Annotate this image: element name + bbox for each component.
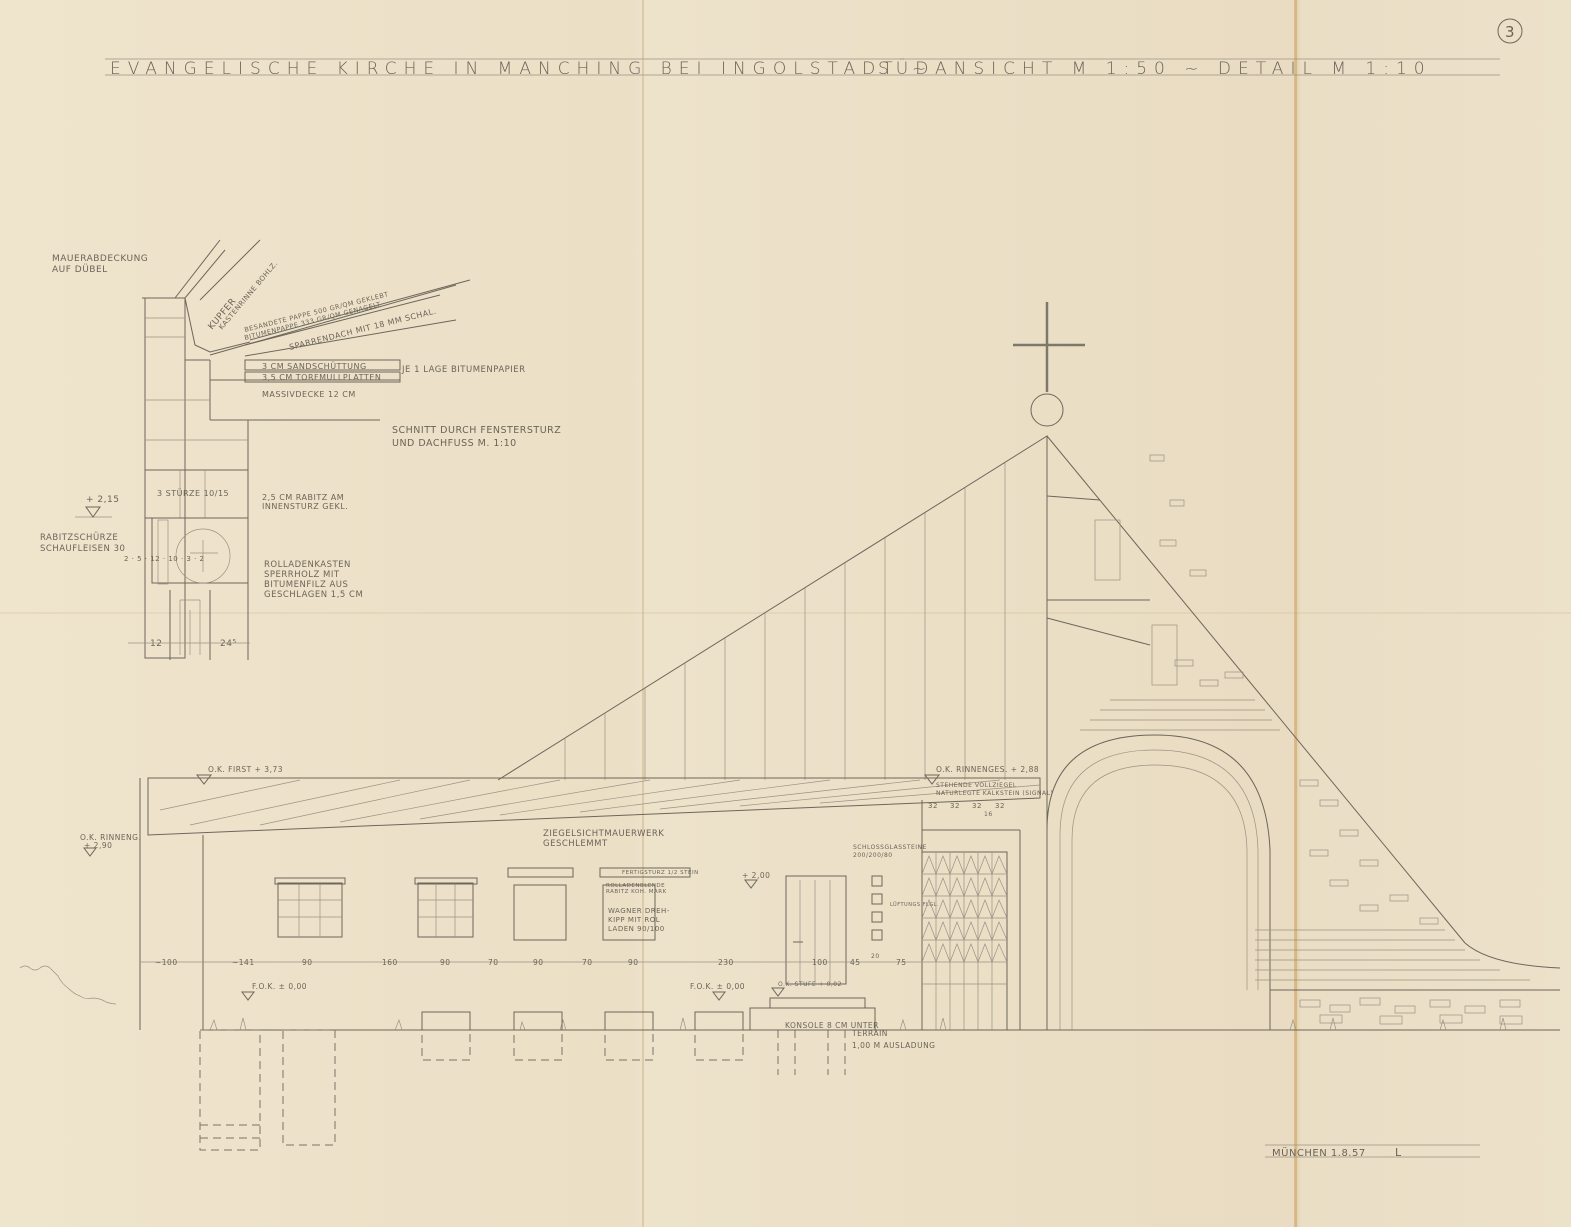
label-level: + 2,15: [86, 495, 119, 505]
label-glassblock-2: 200/200/80: [853, 852, 893, 859]
svg-text:90: 90: [440, 958, 451, 967]
label-pillar-dim: 32: [950, 802, 960, 810]
svg-text:20: 20: [871, 953, 880, 960]
svg-text:160: 160: [382, 958, 398, 967]
cross-orb: [1031, 394, 1063, 426]
label-dim-24: 24⁵: [220, 639, 237, 649]
drawing-canvas: EVANGELISCHE KIRCHE IN MANCHING BEI INGO…: [0, 0, 1571, 1227]
detail-caption-1: SCHNITT DURCH FENSTERSTURZ: [392, 425, 561, 436]
detail-caption-2: UND DACHFUSS M. 1:10: [392, 438, 517, 449]
dimension-chain: ~100 ~141 90 160 90 70 90 70 90 230 100 …: [155, 953, 907, 967]
svg-text:230: 230: [718, 958, 734, 967]
label-terrain-level: F.O.K. ± 0,00: [252, 982, 307, 991]
svg-text:100: 100: [812, 958, 828, 967]
vent-openings: [872, 876, 882, 940]
label-pillar-dim: 32: [972, 802, 982, 810]
window-3: [508, 868, 573, 940]
label-shutter-2: RABITZ KOH. MARK: [606, 889, 667, 895]
svg-text:75: 75: [896, 958, 907, 967]
label-rabitz-1: 2,5 CM RABITZ AM: [262, 493, 344, 502]
window-1: [275, 878, 345, 937]
label-pillar-dim: 32: [928, 802, 938, 810]
signature-date: MÜNCHEN 1.8.57: [1272, 1146, 1366, 1159]
label-lintel: FERTIGSTURZ 1/2 STEIN: [622, 870, 699, 876]
label-dim-12: 12: [150, 639, 162, 649]
detail-section: MAUERABDECKUNG AUF DÜBEL KUPFER KASTENRI…: [40, 240, 561, 660]
door: [786, 876, 846, 984]
label-apron-2: SCHAUFLEISEN 30: [40, 544, 125, 554]
label-shutter-3: BITUMENFILZ AUS: [264, 580, 348, 590]
foundations: [200, 1030, 845, 1150]
label-gutter-left-2: + 2,90: [84, 841, 112, 850]
label-apron-1: RABITZSCHÜRZE: [40, 532, 118, 543]
label-pillar-1: STEHENDE VOLLZIEGEL: [936, 782, 1017, 789]
label-slab: MASSIVDECKE 12 CM: [262, 390, 356, 399]
svg-text:70: 70: [488, 958, 499, 967]
title-right: SÜDANSICHT M 1:50 ~ DETAIL M 1:10: [878, 57, 1432, 79]
signature-initials: L: [1395, 1146, 1402, 1159]
label-level-200: + 2,00: [742, 871, 770, 880]
svg-text:~141: ~141: [232, 958, 255, 967]
svg-text:90: 90: [533, 958, 544, 967]
label-shutter-1: ROLLADENKASTEN: [264, 560, 351, 570]
label-pillar-dim: 32: [995, 802, 1005, 810]
label-floor-level: F.O.K. ± 0,00: [690, 982, 745, 991]
svg-text:90: 90: [302, 958, 313, 967]
label-step-level: O.K. STUFE + 0,02: [778, 981, 842, 988]
window-2: [415, 878, 477, 937]
label-console-2: TERRAIN: [851, 1029, 888, 1038]
margin-scribble: [20, 966, 116, 1004]
title-left: EVANGELISCHE KIRCHE IN MANCHING BEI INGO…: [110, 59, 933, 79]
label-shutter-4: GESCHLAGEN 1,5 CM: [264, 590, 363, 600]
svg-text:~100: ~100: [155, 958, 178, 967]
stone-gable: [1047, 455, 1560, 1030]
label-window-2: KIPP MIT ROL: [608, 916, 660, 924]
signature-block: MÜNCHEN 1.8.57 L: [1265, 1145, 1480, 1159]
glass-block-wall: [922, 852, 1007, 1030]
label-sand: 3 CM SANDSCHÜTTUNG: [262, 361, 367, 371]
label-pillar-2: NATURLEGTE KALKSTEIN (SIGNAL): [936, 790, 1053, 797]
sheet-number: 3: [1505, 23, 1515, 41]
label-console-3: 1,00 M AUSLADUNG: [852, 1041, 936, 1050]
svg-text:45: 45: [850, 958, 861, 967]
label-peat: 3,5 CM TORFMULLPLATTEN: [262, 373, 381, 382]
drawing-sheet: EVANGELISCHE KIRCHE IN MANCHING BEI INGO…: [0, 0, 1571, 1227]
label-glassblock-1: SCHLOSSGLASSTEINE: [853, 844, 927, 851]
label-shutter-2: SPERRHOLZ MIT: [264, 570, 340, 580]
title-block: EVANGELISCHE KIRCHE IN MANCHING BEI INGO…: [105, 19, 1522, 79]
label-lintels: 3 STÜRZE 10/15: [157, 488, 229, 498]
label-brick-1: ZIEGELSICHTMAUERWERK: [543, 829, 664, 839]
label-gutter-right: O.K. RINNENGES. + 2,88: [936, 765, 1039, 774]
label-bitumen-paper: JE 1 LAGE BITUMENPAPIER: [401, 365, 526, 375]
label-ridge-level: O.K. FIRST + 3,73: [208, 765, 283, 774]
label-brick-2: GESCHLEMMT: [543, 839, 608, 849]
label-dim-row: 2 · 5 · 12 · 10 · 3 · 2: [124, 555, 205, 563]
label-wall-cap: MAUERABDECKUNG: [52, 254, 148, 264]
label-window-1: WAGNER DREH-: [608, 907, 670, 915]
label-wall-cap-2: AUF DÜBEL: [52, 264, 108, 275]
label-pillar-16: 16: [984, 811, 993, 818]
svg-text:90: 90: [628, 958, 639, 967]
label-vent: LÜFTUNGS FLGL.: [890, 901, 939, 908]
label-rabitz-2: INNENSTURZ GEKL.: [262, 502, 348, 511]
south-elevation: O.K. FIRST + 3,73 O.K. RINNENG. + 2,90 O…: [80, 302, 1560, 1150]
svg-text:70: 70: [582, 958, 593, 967]
label-window-3: LADEN 90/100: [608, 925, 665, 933]
